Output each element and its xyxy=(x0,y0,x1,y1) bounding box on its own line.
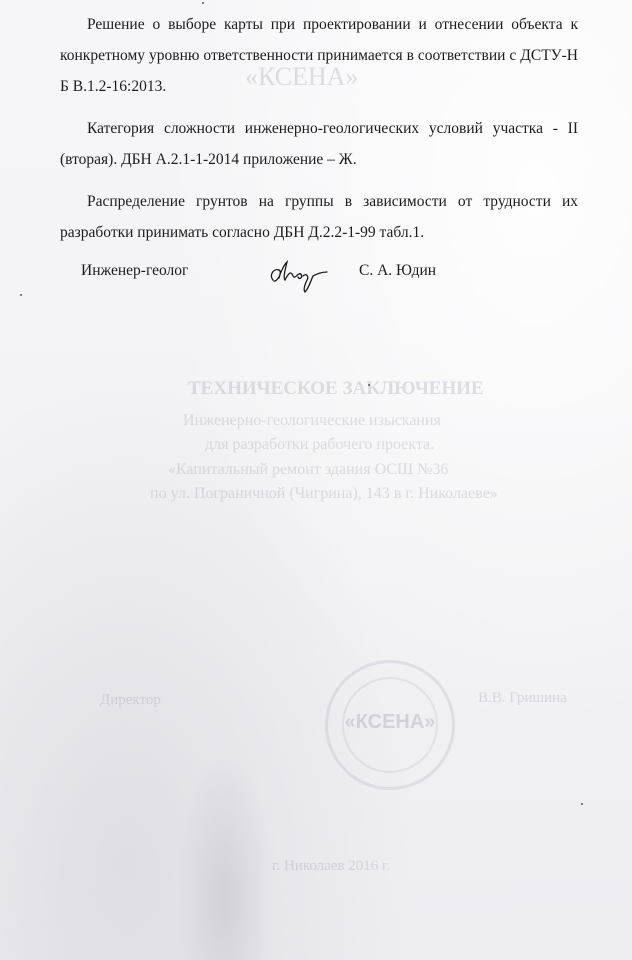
bleed-footer: г. Николаев 2016 г. xyxy=(272,858,390,875)
speck xyxy=(20,294,22,296)
speck xyxy=(581,803,583,805)
bleed-director-label: Директор xyxy=(100,692,161,709)
stamp-label: «КСЕНА» xyxy=(328,711,452,734)
scanned-page: «КСЕНА» ТЕХНИЧЕСКОЕ ЗАКЛЮЧЕНИЕ Инженерно… xyxy=(0,0,632,960)
bleed-title: ТЕХНИЧЕСКОЕ ЗАКЛЮЧЕНИЕ xyxy=(188,378,484,400)
paragraph-complexity-category: Категория сложности инженерно-геологичес… xyxy=(60,113,578,175)
bleed-subtitle-2: для разработки рабочего проекта. xyxy=(205,436,434,454)
company-stamp: «КСЕНА» xyxy=(325,660,455,790)
ink-smudge xyxy=(180,760,270,960)
signatory-role: Инженер-геолог xyxy=(81,262,188,280)
paragraph-map-selection: Решение о выборе карты при проектировани… xyxy=(60,9,578,102)
bleed-subtitle-1: Инженерно-геологические изыскания xyxy=(183,412,441,430)
handwritten-signature-icon xyxy=(265,256,335,296)
paragraph-soil-groups: Распределение грунтов на группы в зависи… xyxy=(60,186,578,248)
bleed-director-name: В.В. Гришина xyxy=(478,690,567,707)
speck xyxy=(368,384,370,386)
speck xyxy=(202,2,204,4)
signature-block: Инженер-геолог С. А. Юдин xyxy=(0,256,632,296)
bleed-subtitle-3: «Капитальный ремонт здания ОСШ №36 xyxy=(168,461,448,479)
signatory-name: С. А. Юдин xyxy=(359,262,436,280)
bleed-subtitle-4: по ул. Пограничной (Чигрина), 143 в г. Н… xyxy=(150,485,498,503)
document-body: Решение о выборе карты при проектировани… xyxy=(60,9,578,248)
